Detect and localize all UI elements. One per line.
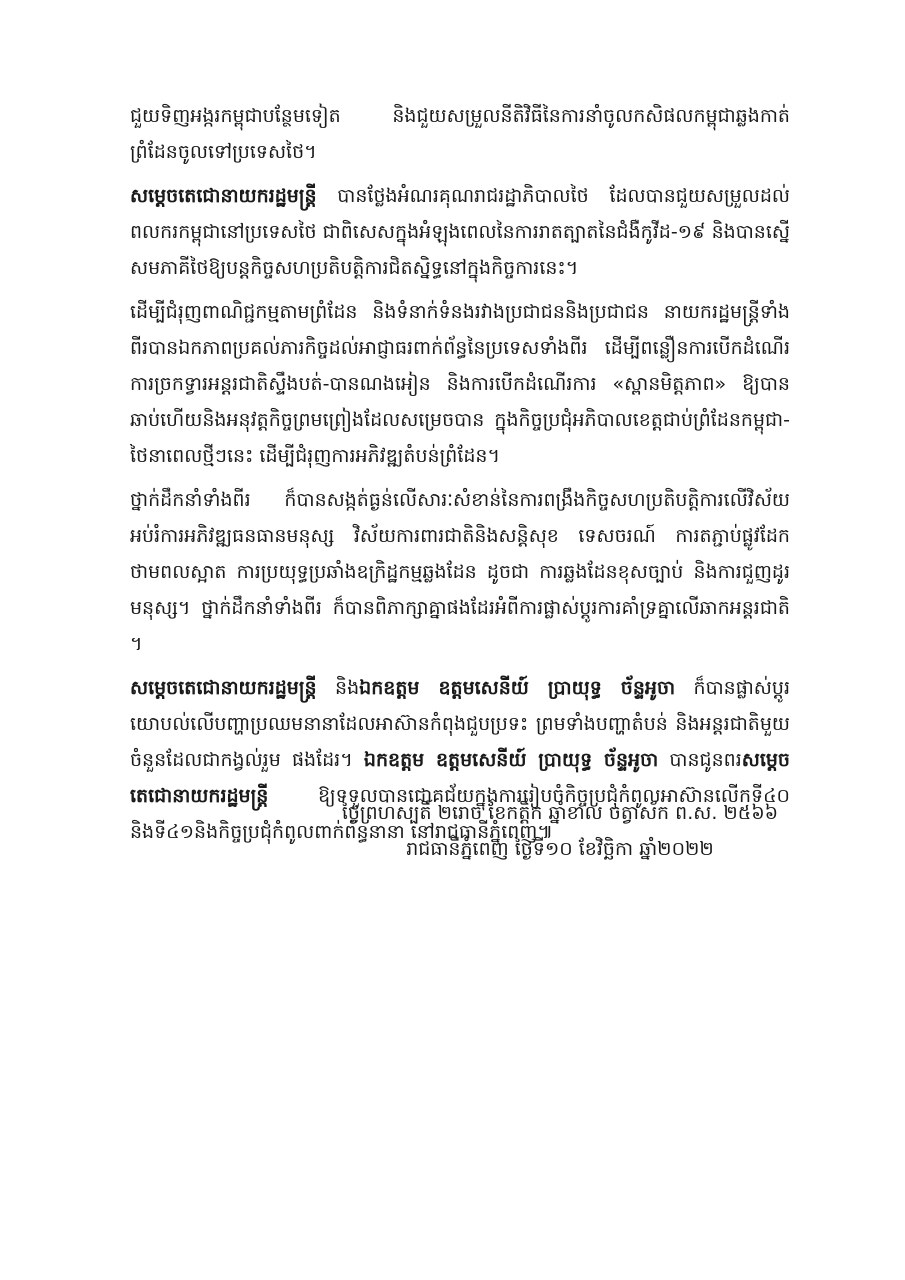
paragraph-4: ថ្នាក់ដឹកនាំទាំងពីរ ក៏បានសង្កត់ធ្ងន់លើសា… (130, 482, 790, 662)
pm-title-bold: សម្ដេចតេជោនាយករដ្ឋមន្ត្រី (130, 185, 317, 207)
paragraph-text: ថ្នាក់ដឹកនាំទាំងពីរ ក៏បានសង្កត់ធ្ងន់លើសា… (130, 489, 790, 655)
pm-title-bold: សម្ដេចតេជោនាយករដ្ឋមន្ត្រី (130, 677, 317, 699)
paragraph-text: ជួយទិញអង្ករកម្ពុជាបន្ថែមទៀត និងជួយសម្រួល… (130, 105, 790, 163)
lunar-date: ថ្ងៃព្រហស្បតិ៍ ២រោច ខែកត្តិក ឆ្នាំខាល ចត… (340, 795, 780, 831)
paragraph-text: និង (317, 677, 360, 699)
signature-block: ថ្ងៃព្រហស្បតិ៍ ២រោច ខែកត្តិក ឆ្នាំខាល ចត… (340, 795, 780, 867)
paragraph-2: សម្ដេចតេជោនាយករដ្ឋមន្ត្រី បានថ្លែងអំណរគុ… (130, 178, 790, 286)
document-body: ជួយទិញអង្ករកម្ពុជាបន្ថែមទៀត និងជួយសម្រួល… (130, 98, 790, 858)
paragraph-1: ជួយទិញអង្ករកម្ពុជាបន្ថែមទៀត និងជួយសម្រួល… (130, 98, 790, 170)
paragraph-text: បានជូនពរ (658, 749, 742, 771)
thai-pm-title-bold: ឯកឧត្តម ឧត្តមសេនីយ៍ ប្រាយុទ្ធ ច័ន្ទអូចា (364, 749, 658, 771)
paragraph-text: ដើម្បីជំរុញពាណិជ្ជកម្មតាមព្រំដែន និងទំនា… (130, 301, 790, 467)
place-date: រាជធានីភ្នំពេញ ថ្ងៃទី១០ ខែវិច្ឆិកា ឆ្នាំ… (340, 831, 780, 867)
paragraph-3: ដើម្បីជំរុញពាណិជ្ជកម្មតាមព្រំដែន និងទំនា… (130, 294, 790, 474)
thai-pm-title-bold: ឯកឧត្តម ឧត្តមសេនីយ៍ ប្រាយុទ្ធ ច័ន្ទអូចា (359, 677, 675, 699)
